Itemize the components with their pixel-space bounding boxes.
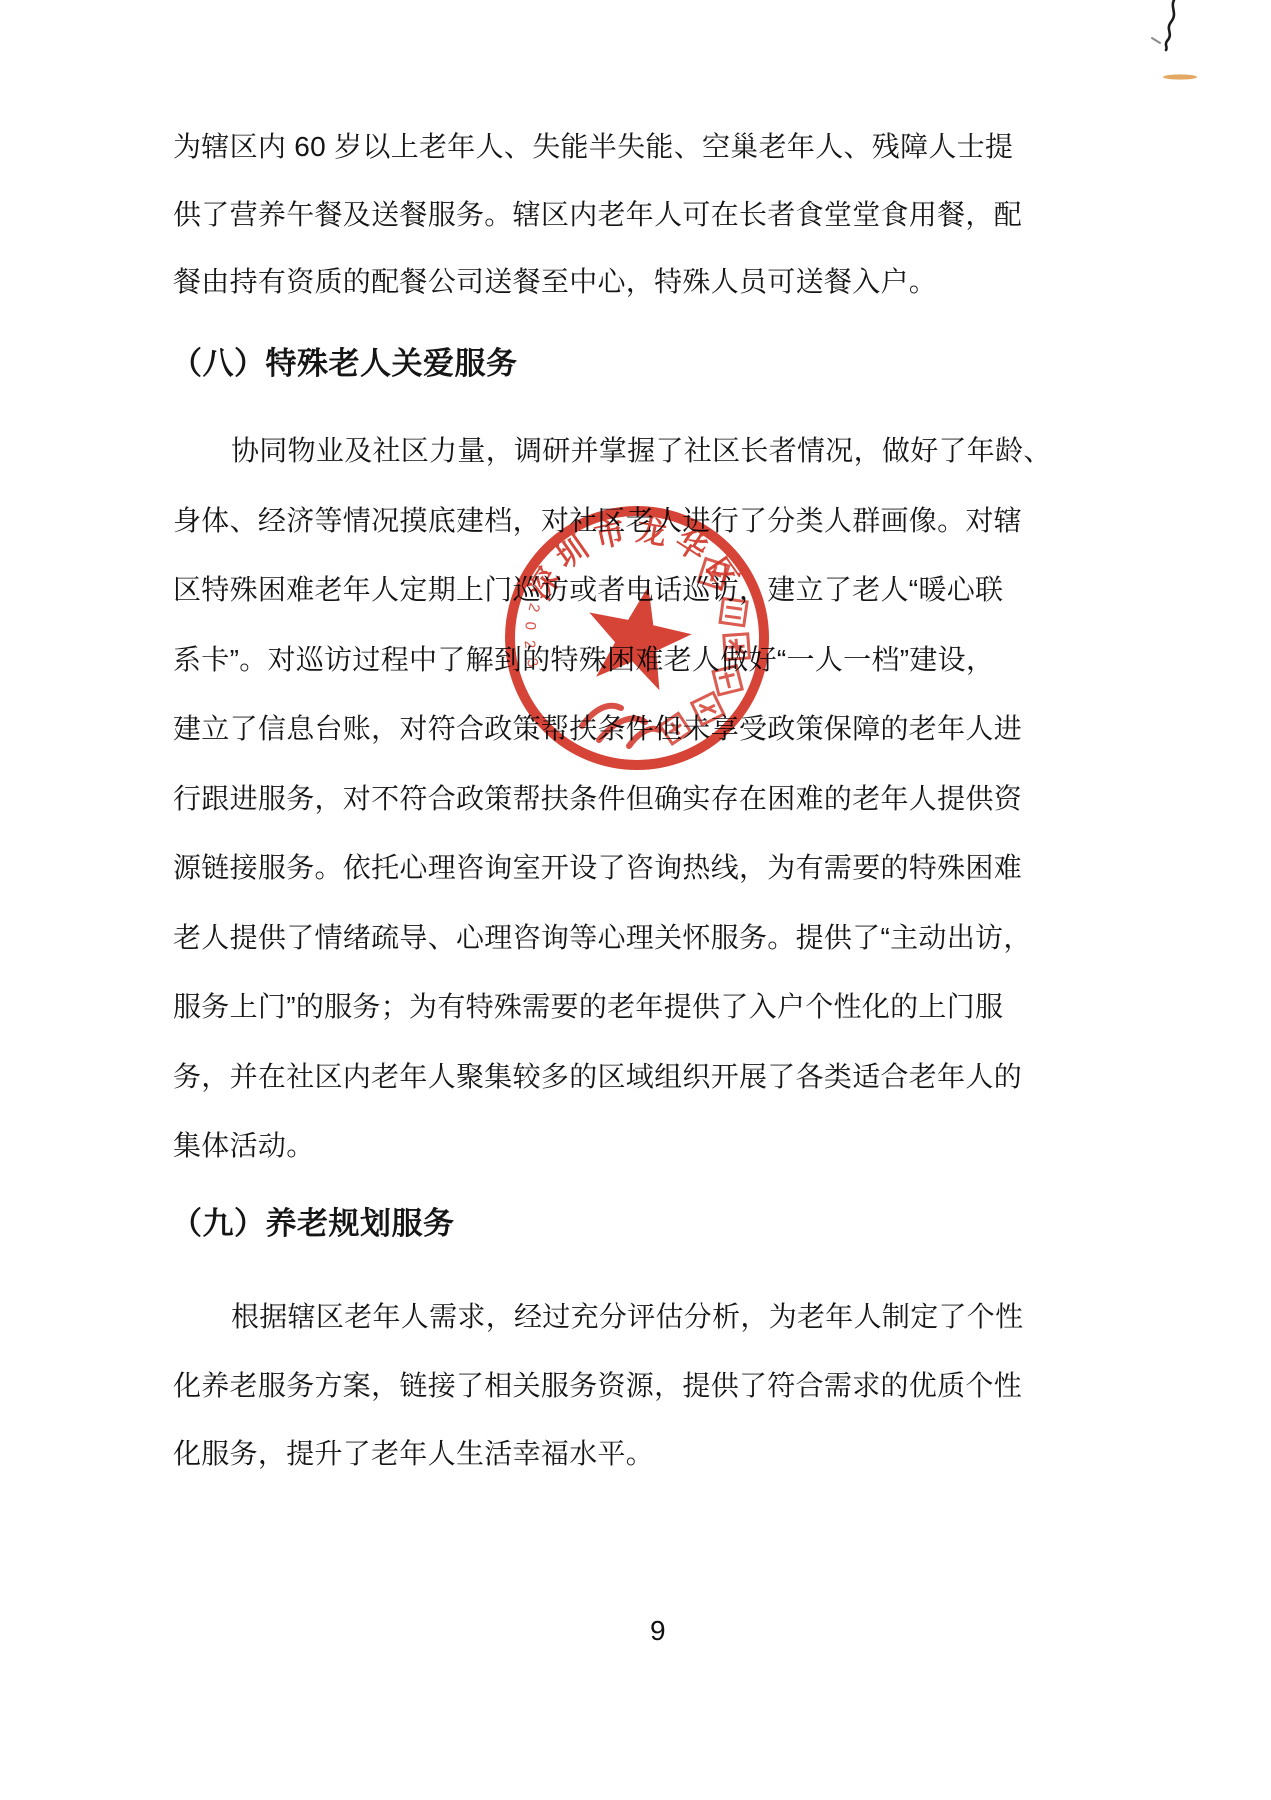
paragraph-meal-service: 为辖区内 60 岁以上老年人、失能半失能、空巢老年人、残障人士提供了营养午餐及送…: [173, 113, 1033, 316]
text-line: 老人提供了情绪疏导、心理咨询等心理关怀服务。提供了“主动出访，: [173, 903, 1033, 973]
section-heading-8: （八）特殊老人关爱服务: [171, 347, 518, 380]
text-line: 供了营养午餐及送餐服务。辖区内老年人可在长者食堂堂食用餐，配: [173, 181, 1033, 249]
seal-star: [589, 586, 691, 690]
text-line: 源链接服务。依托心理咨询室开设了咨询热线，为有需要的特殊困难: [173, 833, 1033, 903]
text-line: 集体活动。: [173, 1111, 1033, 1181]
official-red-seal: 深圳市龙华区 2023: [487, 488, 787, 788]
paragraph-elderly-planning: 根据辖区老年人需求，经过充分评估分析，为老年人制定了个性化养老服务方案，链接了相…: [173, 1283, 1033, 1489]
text-line: 服务上门”的服务；为有特殊需要的老年提供了入户个性化的上门服: [173, 972, 1033, 1042]
section-heading-9: （九）养老规划服务: [171, 1207, 455, 1240]
text-line: 协同物业及社区力量，调研并掌握了社区长者情况，做好了年龄、: [173, 416, 1033, 486]
crease-dash: [1152, 38, 1160, 43]
text-line: 为辖区内 60 岁以上老年人、失能半失能、空巢老年人、残障人士提: [173, 113, 1033, 181]
crease-line: [1166, 0, 1174, 50]
text-line: 根据辖区老年人需求，经过充分评估分析，为老年人制定了个性: [173, 1283, 1033, 1352]
document-page: 为辖区内 60 岁以上老年人、失能半失能、空巢老年人、残障人士提供了营养午餐及送…: [0, 0, 1271, 1800]
orange-smudge: [1163, 74, 1197, 79]
text-line: 化养老服务方案，链接了相关服务资源，提供了符合需求的优质个性: [173, 1352, 1033, 1421]
seal-code-digits: 2023: [521, 602, 545, 680]
text-line: 务，并在社区内老年人聚集较多的区域组织开展了各类适合老年人的: [173, 1042, 1033, 1112]
text-line: 餐由持有资质的配餐公司送餐至中心，特殊人员可送餐入户。: [173, 248, 1033, 316]
scan-artifact-crease: [1090, 0, 1230, 95]
seal-arc-text: 深圳市龙华区: [523, 514, 749, 606]
text-line: 化服务，提升了老年人生活幸福水平。: [173, 1420, 1033, 1489]
page-number: 9: [650, 1615, 666, 1647]
seal-script-marks: [582, 706, 659, 746]
